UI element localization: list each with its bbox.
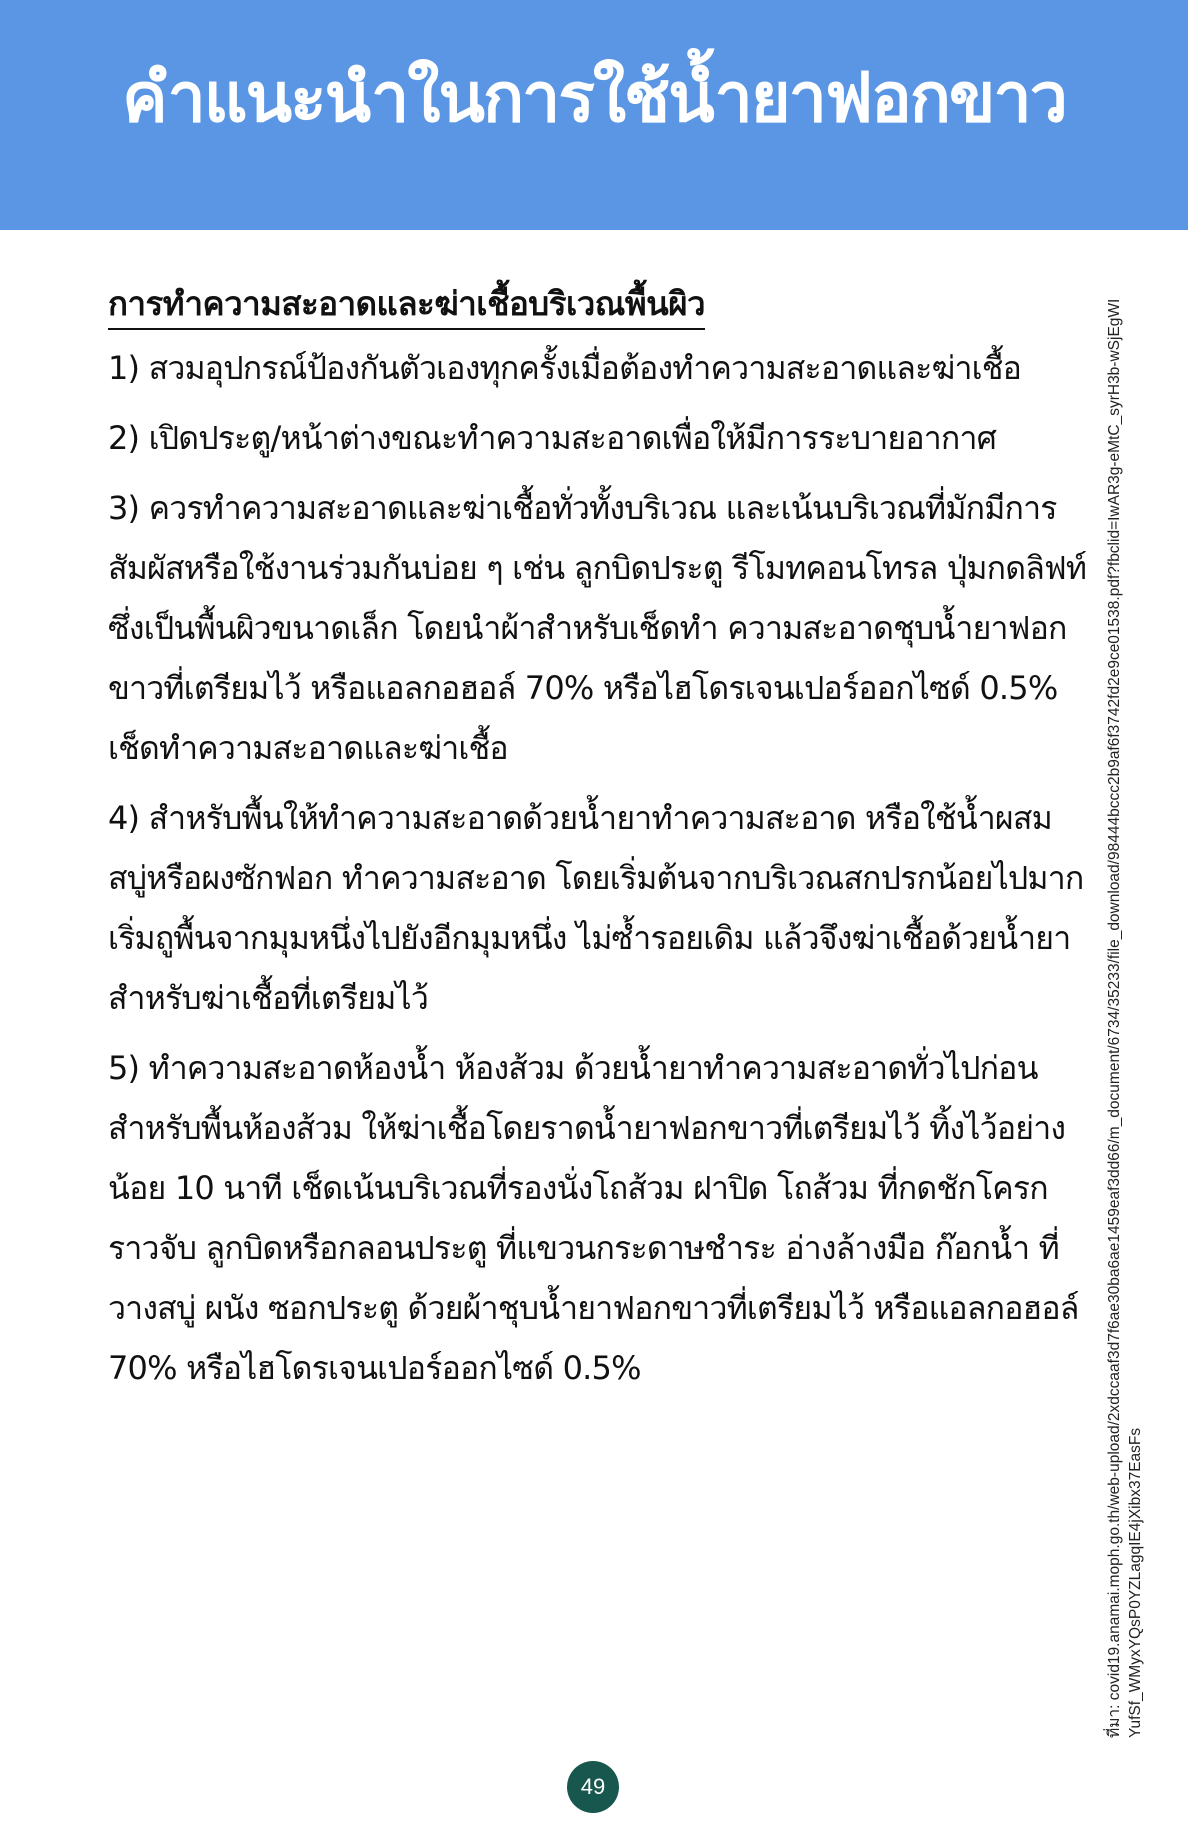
main-content: การทำความสะอาดและฆ่าเชื้อบริเวณพื้นผิว 1… bbox=[108, 282, 1088, 1408]
instruction-item-4: 4) สำหรับพื้นให้ทำความสะอาดด้วยน้ำยาทำคว… bbox=[108, 788, 1088, 1028]
source-citation-text: ที่มา: covid19.anamai.moph.go.th/web-upl… bbox=[1104, 290, 1146, 1738]
instruction-list: 1) สวมอุปกรณ์ป้องกันตัวเองทุกครั้งเมื่อต… bbox=[108, 338, 1088, 1398]
header-banner: คำแนะนำในการใช้น้ำยาฟอกขาว bbox=[0, 0, 1188, 230]
section-heading: การทำความสะอาดและฆ่าเชื้อบริเวณพื้นผิว bbox=[108, 282, 705, 330]
page-number-badge: 49 bbox=[567, 1761, 619, 1813]
instruction-item-5: 5) ทำความสะอาดห้องน้ำ ห้องส้วม ด้วยน้ำยา… bbox=[108, 1038, 1088, 1398]
instruction-item-1: 1) สวมอุปกรณ์ป้องกันตัวเองทุกครั้งเมื่อต… bbox=[108, 338, 1088, 398]
instruction-item-2: 2) เปิดประตู/หน้าต่างขณะทำความสะอาดเพื่อ… bbox=[108, 408, 1088, 468]
instruction-item-3: 3) ควรทำความสะอาดและฆ่าเชื้อทั่วทั้งบริเ… bbox=[108, 478, 1088, 778]
source-citation: ที่มา: covid19.anamai.moph.go.th/web-upl… bbox=[1104, 290, 1148, 1738]
page-title: คำแนะนำในการใช้น้ำยาฟอกขาว bbox=[122, 43, 1066, 151]
